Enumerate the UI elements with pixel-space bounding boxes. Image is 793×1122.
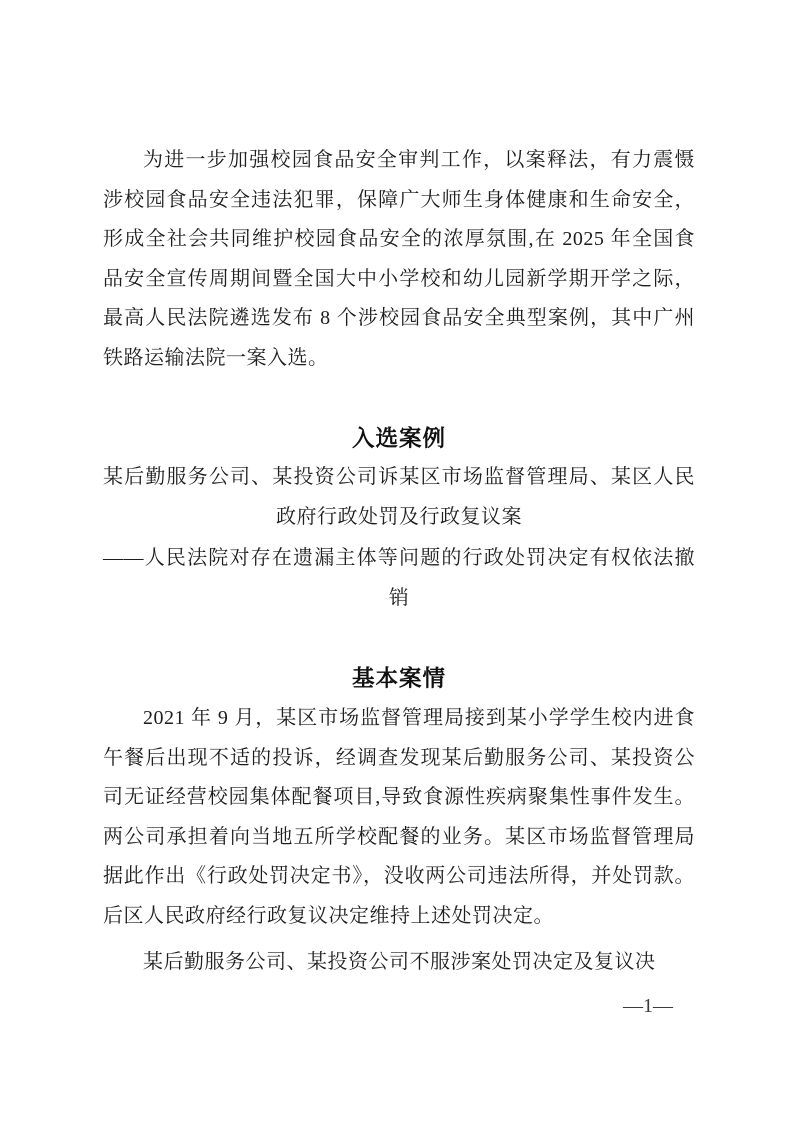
page-number: —1— xyxy=(103,993,673,1019)
text-line: 2021 年 9 月，某区市场监督管理局接到某小学学生校内进食 xyxy=(103,699,695,739)
case-title-line: 某后勤服务公司、某投资公司诉某区市场监督管理局、某区人民 xyxy=(103,458,695,498)
section-heading-basic-facts: 基本案情 xyxy=(103,659,695,699)
case-subtitle-line: 销 xyxy=(103,579,695,619)
text-line: 午餐后出现不适的投诉，经调查发现某后勤服务公司、某投资公 xyxy=(103,739,695,779)
text-line: 为进一步加强校园食品安全审判工作，以案释法，有力震慑 xyxy=(103,141,695,181)
text-line: 两公司承担着向当地五所学校配餐的业务。某区市场监督管理局 xyxy=(103,818,695,858)
facts-paragraph: 2021 年 9 月，某区市场监督管理局接到某小学学生校内进食 午餐后出现不适的… xyxy=(103,699,695,937)
text-line: 后区人民政府经行政复议决定维持上述处罚决定。 xyxy=(103,897,695,937)
closing-paragraph: 某后勤服务公司、某投资公司不服涉案处罚决定及复议决 xyxy=(103,943,695,983)
text-line: 司无证经营校园集体配餐项目,导致食源性疾病聚集性事件发生。 xyxy=(103,778,695,818)
intro-paragraph: 为进一步加强校园食品安全审判工作，以案释法，有力震慑 涉校园食品安全违法犯罪，保… xyxy=(103,141,695,379)
case-subtitle-line: ——人民法院对存在遗漏主体等问题的行政处罚决定有权依法撤 xyxy=(103,539,695,579)
document-page: 为进一步加强校园食品安全审判工作，以案释法，有力震慑 涉校园食品安全违法犯罪，保… xyxy=(0,0,793,1122)
text-line: 据此作出《行政处罚决定书》，没收两公司违法所得，并处罚款。 xyxy=(103,857,695,897)
case-title: 某后勤服务公司、某投资公司诉某区市场监督管理局、某区人民 政府行政处罚及行政复议… xyxy=(103,458,695,537)
text-line: 形成全社会共同维护校园食品安全的浓厚氛围,在 2025 年全国食 xyxy=(103,220,695,260)
text-line: 铁路运输法院一案入选。 xyxy=(103,339,695,379)
case-subtitle: ——人民法院对存在遗漏主体等问题的行政处罚决定有权依法撤 销 xyxy=(103,539,695,618)
section-heading-selected-case: 入选案例 xyxy=(103,419,695,459)
case-title-line: 政府行政处罚及行政复议案 xyxy=(103,498,695,538)
text-line: 最高人民法院遴选发布 8 个涉校园食品安全典型案例，其中广州 xyxy=(103,299,695,339)
text-line: 涉校园食品安全违法犯罪，保障广大师生身体健康和生命安全， xyxy=(103,181,695,221)
text-line: 品安全宣传周期间暨全国大中小学校和幼儿园新学期开学之际， xyxy=(103,260,695,300)
text-line: 某后勤服务公司、某投资公司不服涉案处罚决定及复议决 xyxy=(103,943,695,983)
